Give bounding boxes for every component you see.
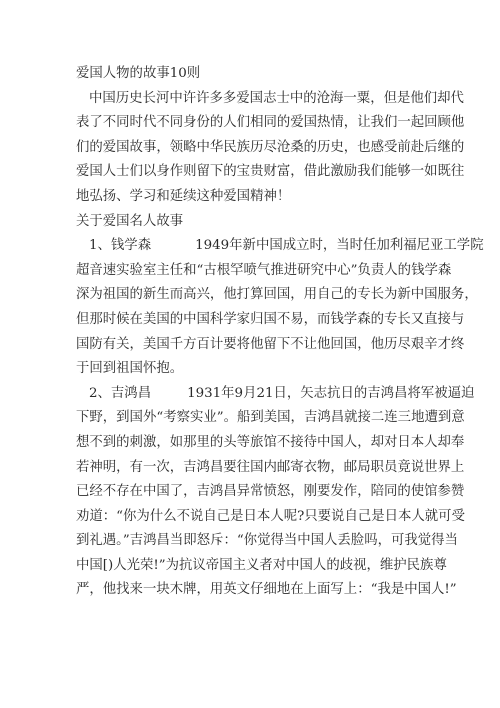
document-page: 爱国人物的故事10则 中国历史长河中许许多多爱国志士中的沧海一粟，但是他们却代 …: [76, 62, 418, 603]
intro-line: 们的爱国故事，领略中华民族历尽沧桑的历史，也感受前赴后继的: [76, 136, 418, 161]
story-1-line: 深为祖国的新生而高兴，他打算回国，用自己的专长为新中国服务，: [76, 283, 418, 308]
story-2-line: 下野，到国外“考察实业”。船到美国，吉鸿昌就接二连三地遭到意: [76, 406, 418, 431]
story-1-line: 国防有关，美国千方百计要将他留下不让他回国，他历尽艰辛才终: [76, 333, 418, 358]
story-1-line: 超音速实验室主任和“古根罕喷气推进研究中心”负责人的钱学森: [76, 259, 418, 284]
story-1-line: 但那时候在美国的中国科学家归国不易，而钱学森的专长又直接与: [76, 308, 418, 333]
story-1-first-line: 1、钱学森1949年新中国成立时，当时任加利福尼亚工学院: [76, 234, 418, 259]
intro-line: 地弘扬、学习和延续这种爱国精神！: [76, 185, 418, 210]
story-1-line: 于回到祖国怀抱。: [76, 357, 418, 382]
document-title: 爱国人物的故事10则: [76, 62, 418, 87]
story-2-lead: 1931年9月21日，矢志抗日的吉鸿昌将军被逼迫: [187, 386, 474, 401]
story-2-line: 劝道：“你为什么不说自己是日本人呢?只要说自己是日本人就可受: [76, 505, 418, 530]
section-heading: 关于爱国名人故事: [76, 210, 418, 235]
story-1-name: 1、钱学森: [89, 238, 151, 253]
story-2-name: 2、吉鸿昌: [89, 386, 151, 401]
story-2-line: 中国[)人光荣!”为抗议帝国主义者对中国人的歧视，维护民族尊: [76, 554, 418, 579]
story-1-lead: 1949年新中国成立时，当时任加利福尼亚工学院: [195, 238, 484, 253]
intro-line: 爱国人士们以身作则留下的宝贵财富，借此激励我们能够一如既往: [76, 160, 418, 185]
intro-line: 中国历史长河中许许多多爱国志士中的沧海一粟，但是他们却代: [76, 87, 418, 112]
story-2-line: 已经不存在中国了，吉鸿昌异常愤怒，刚要发作，陪同的使馆参赞: [76, 480, 418, 505]
story-2-first-line: 2、吉鸿昌1931年9月21日，矢志抗日的吉鸿昌将军被逼迫: [76, 382, 418, 407]
intro-line: 表了不同时代不同身份的人们相同的爱国热情，让我们一起回顾他: [76, 111, 418, 136]
story-2-line: 严，他找来一块木牌，用英文仔细地在上面写上：“我是中国人!”: [76, 578, 418, 603]
story-2-line: 到礼遇。”吉鸿昌当即怒斥：“你觉得当中国人丢脸吗，可我觉得当: [76, 529, 418, 554]
story-2-line: 想不到的刺激，如那里的头等旅馆不接待中国人，却对日本人却奉: [76, 431, 418, 456]
story-2-line: 若神明，有一次，吉鸿昌要往国内邮寄衣物，邮局职员竟说世界上: [76, 456, 418, 481]
